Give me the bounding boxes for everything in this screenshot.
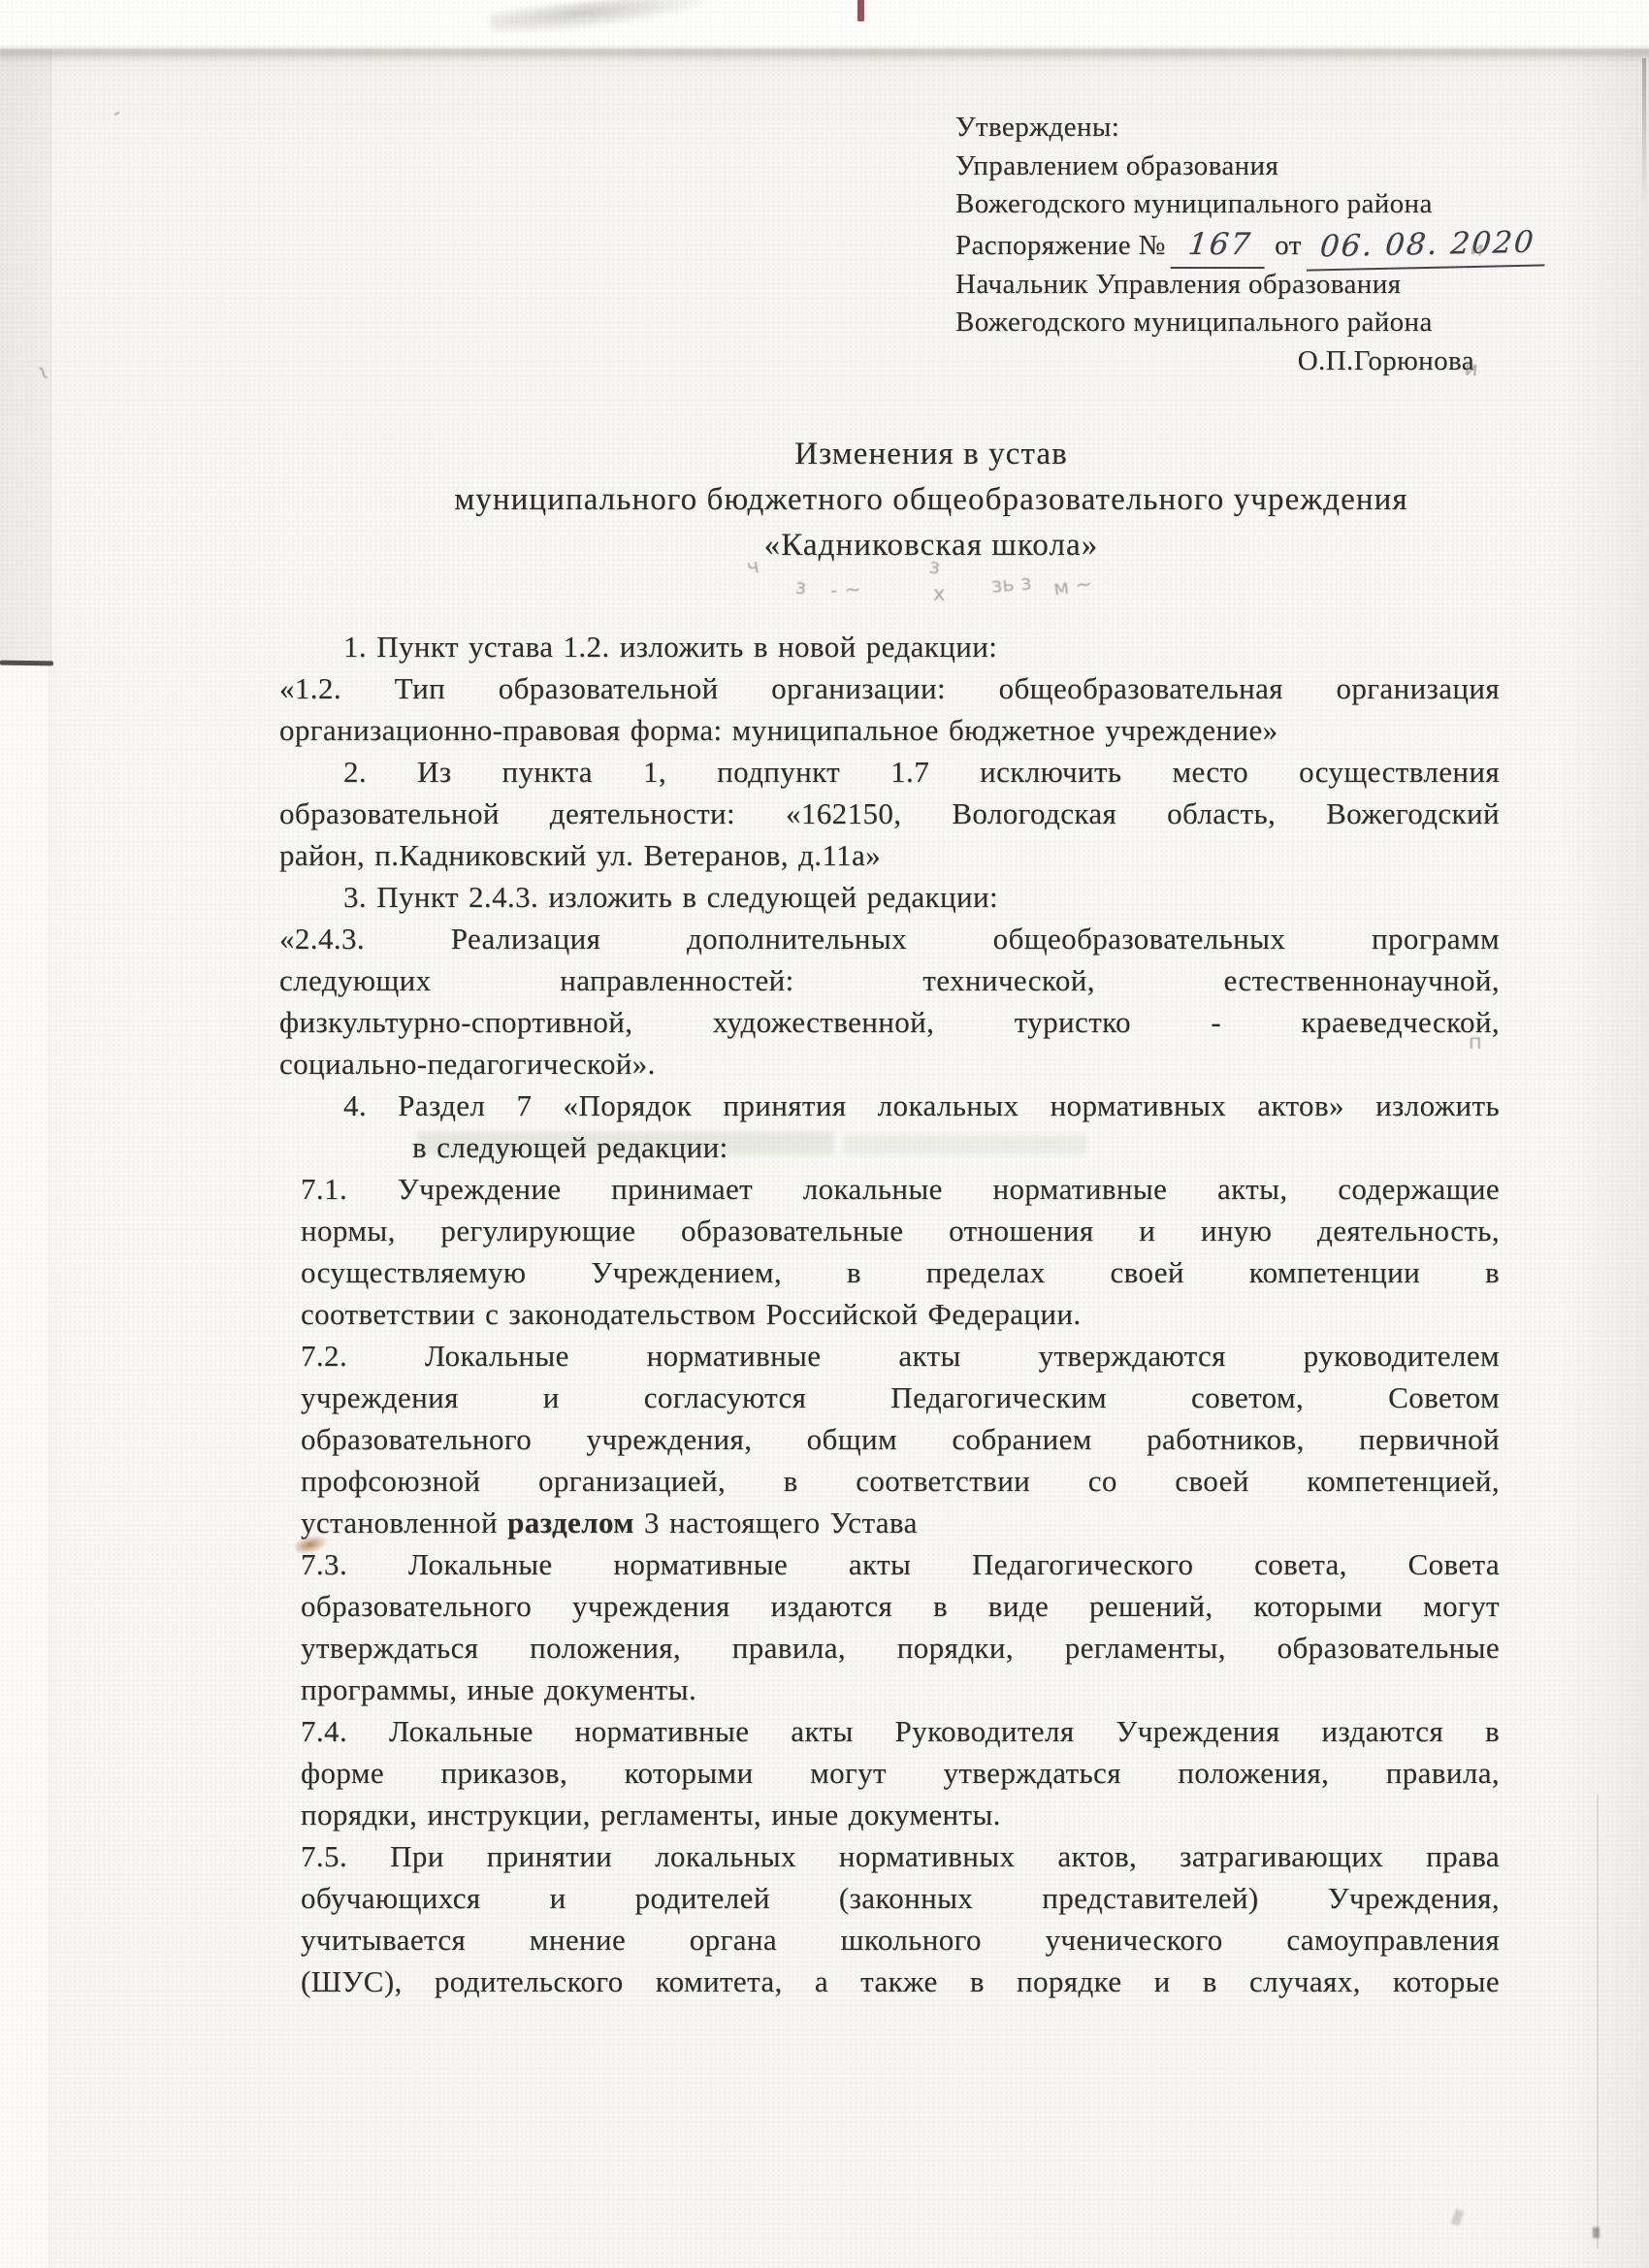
order-date-handwritten: 06. 08. 2020 <box>1307 221 1549 271</box>
signatory-name: О.П.Горюнова <box>955 342 1484 381</box>
body-line: учреждения и согласуются Педагогическим … <box>301 1377 1500 1418</box>
body-line: образовательного учреждения издаются в в… <box>301 1585 1500 1627</box>
body-line: форме приказов, которыми могут утверждат… <box>301 1752 1500 1794</box>
paper-left-edge-top <box>0 49 51 662</box>
document-title: Изменения в устав муниципального бюджетн… <box>262 432 1600 568</box>
body-line: образовательного учреждения, общим собра… <box>301 1418 1500 1460</box>
body-line: 7.5. При принятии локальных нормативных … <box>301 1835 1500 1877</box>
body-line: порядки, инструкции, регламенты, иные до… <box>301 1794 1500 1835</box>
body-line: осуществляемую Учреждением, в пределах с… <box>301 1251 1500 1293</box>
pencil-scribble: п <box>1469 1030 1482 1053</box>
body-line: «1.2. Тип образовательной организации: о… <box>279 667 1500 709</box>
pencil-scribble: - ~ <box>829 577 861 602</box>
body-line: соответствии с законодательством Российс… <box>301 1293 1500 1335</box>
approval-block: Утверждены: Управлением образования Воже… <box>955 109 1484 380</box>
paper-right-edge-line <box>1642 58 1646 209</box>
body-line: 4. Раздел 7 «Порядок принятия локальных … <box>279 1085 1500 1126</box>
red-edge-mark <box>857 0 864 21</box>
order-number-handwritten: 167 <box>1171 224 1270 269</box>
body-line: образовательной деятельности: «162150, В… <box>279 793 1500 834</box>
body-line: физкультурно-спортивной, художественной,… <box>279 1001 1500 1043</box>
body-line: 1. Пункт устава 1.2. изложить в новой ре… <box>279 626 1500 667</box>
body-line: 7.4. Локальные нормативные акты Руководи… <box>301 1710 1500 1752</box>
body-line: обучающихся и родителей (законных предст… <box>301 1877 1500 1919</box>
scan-smudge <box>489 0 719 39</box>
paper-right-line-tick <box>1593 2227 1600 2238</box>
paper-left-edge-dark-line <box>0 661 53 666</box>
body-line: 7.3. Локальные нормативные акты Педагоги… <box>301 1543 1500 1585</box>
body-line: район, п.Кадниковский ул. Ветеранов, д.1… <box>279 834 1500 876</box>
approval-line: Утверждены: <box>955 109 1484 147</box>
order-conjunction: от <box>1275 230 1302 261</box>
paper-right-faint-line <box>1597 1795 1599 2249</box>
body-line: в следующей редакции: <box>279 1126 1500 1168</box>
order-prefix: Распоряжение № <box>955 230 1166 261</box>
title-line: муниципального бюджетного общеобразовате… <box>262 477 1600 523</box>
body-line: 3. Пункт 2.4.3. изложить в следующей ред… <box>279 876 1500 918</box>
approval-line: Вожегодского муниципального района <box>955 185 1484 224</box>
body-line: профсоюзной организацией, в соответствии… <box>301 1460 1500 1502</box>
document-body: 1. Пункт устава 1.2. изложить в новой ре… <box>279 626 1500 2002</box>
paper-left-edge-bottom <box>0 665 49 2268</box>
pencil-scribble: х <box>933 582 945 605</box>
order-line: Распоряжение № 167 от 06. 08. 2020 <box>955 224 1484 266</box>
body-line: утверждаться положения, правила, порядки… <box>301 1627 1500 1669</box>
paper-top-edge-shadow <box>0 45 1649 62</box>
approval-line: Управлением образования <box>955 147 1484 186</box>
body-line: организационно-правовая форма: муниципал… <box>279 709 1500 751</box>
body-line: 7.2. Локальные нормативные акты утвержда… <box>301 1335 1500 1377</box>
approval-line: Вожегодского муниципального района <box>955 304 1484 342</box>
body-line: учитывается мнение органа школьного учен… <box>301 1919 1500 1960</box>
body-line: нормы, регулирующие образовательные отно… <box>301 1210 1500 1251</box>
pencil-scribble: зь з <box>990 570 1032 598</box>
body-line: (ШУС), родительского комитета, а также в… <box>301 1960 1500 2002</box>
body-line: установленной разделом 3 настоящего Уста… <box>301 1502 1500 1543</box>
body-line: «2.4.3. Реализация дополнительных общеоб… <box>279 918 1500 959</box>
approval-line: Начальник Управления образования <box>955 266 1484 305</box>
body-line: программы, иные документы. <box>301 1669 1500 1710</box>
body-line: социально-педагогической». <box>279 1043 1500 1085</box>
body-line: 7.1. Учреждение принимает локальные норм… <box>301 1168 1500 1210</box>
title-line: Изменения в устав <box>262 432 1600 477</box>
pencil-scribble: и <box>1464 356 1479 380</box>
body-line: 2. Из пункта 1, подпункт 1.7 исключить м… <box>279 751 1500 793</box>
body-line: следующих направленностей: технической, … <box>279 959 1500 1001</box>
pencil-scribble: з <box>794 575 807 599</box>
